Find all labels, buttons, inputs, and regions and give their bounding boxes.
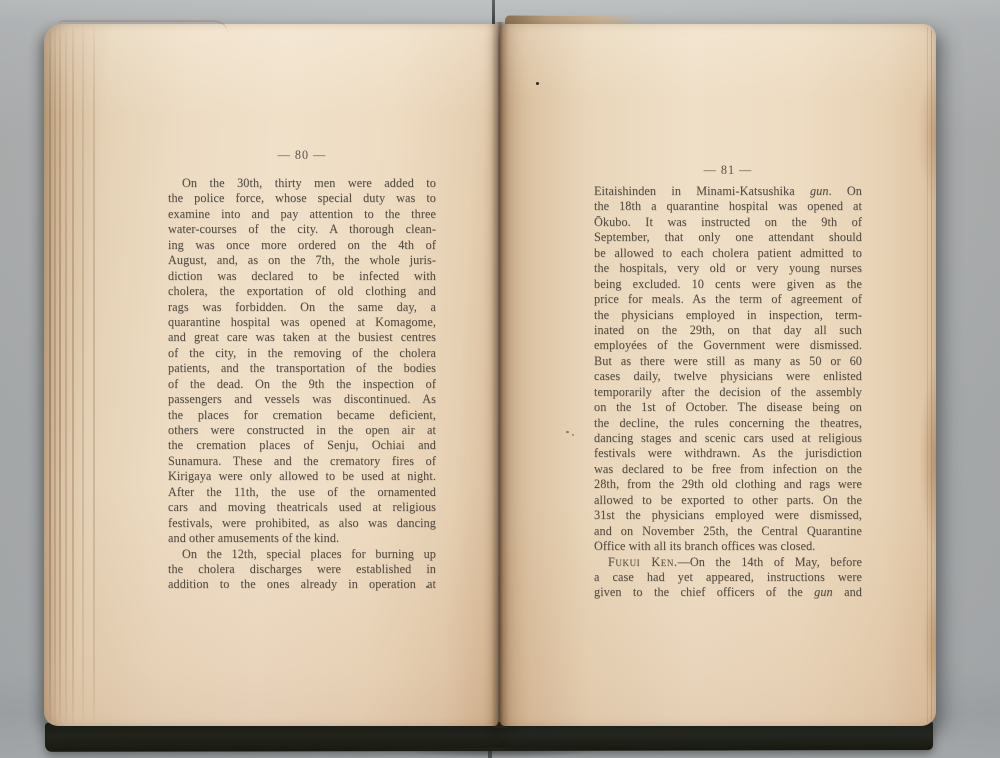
text-line: 31st the physicians employed were dismis… [594, 508, 862, 523]
page-edge-line [59, 26, 61, 724]
text-line: Ōkubo. It was instructed on the 9th of [594, 215, 862, 230]
text-line: dancing stages and scenic cars used at r… [594, 431, 862, 446]
text-line: being excluded. 10 cents were given as t… [594, 277, 862, 292]
text-line: be allowed to each cholera patient admit… [594, 246, 862, 261]
text-line: the police force, whose special duty was… [168, 191, 436, 206]
left-page-corner-crease [58, 20, 228, 34]
page-edge-line [93, 26, 95, 724]
text-line: water-courses of the city. A thorough cl… [168, 222, 436, 237]
text-line: the hospitals, very old or very young nu… [594, 261, 862, 276]
text-line: of the city, in the removing of the chol… [168, 346, 436, 361]
text-line: others were constructed in the open air … [168, 423, 436, 438]
text-line: examine into and pay attention to the th… [168, 207, 436, 222]
text-line: But as there were still as many as 50 or… [594, 354, 862, 369]
text-line: of the dead. On the 9th the inspection o… [168, 377, 436, 392]
page-edge-line [927, 27, 928, 723]
text-line: temporarily after the decision of the as… [594, 385, 862, 400]
ink-speck [566, 431, 569, 433]
text-line: cholera, the exportation of old clothing… [168, 284, 436, 299]
text-line: on the 1st of October. The disease being… [594, 400, 862, 415]
spine-floor-shadow [390, 748, 610, 758]
left-page-text: On the 30th, thirty men were added tothe… [168, 176, 436, 593]
ink-speck [572, 434, 574, 436]
text-line: Kirigaya were only allowed to be used at… [168, 469, 436, 484]
text-line: 28th, from the 29th old clothing and rag… [594, 477, 862, 492]
page-edge-line [72, 26, 74, 724]
text-line: diction was declared to be infected with [168, 269, 436, 284]
page-edge-line [49, 26, 51, 724]
text-line: On the 30th, thirty men were added to [168, 176, 436, 191]
text-line: was declared to be free from infection o… [594, 462, 862, 477]
text-line: given to the chief officers of the gun a… [594, 585, 862, 600]
text-line: inated on the 29th, on that day all such [594, 323, 862, 338]
text-line: festivals were withdrawn. As the jurisdi… [594, 446, 862, 461]
text-line: Eitaishinden in Minami-Katsushika gun. O… [594, 184, 862, 199]
text-line: quarantine hospital was opened at Komago… [168, 315, 436, 330]
text-line: cases daily, twelve physicians were enli… [594, 369, 862, 384]
left-page-stack-edges [46, 26, 104, 724]
spine-shadow [491, 22, 509, 728]
text-line: patients, and the transportation of the … [168, 361, 436, 376]
text-line: After the 11th, the use of the ornamente… [168, 485, 436, 500]
text-line: price for meals. As the term of agreemen… [594, 292, 862, 307]
text-line: the 18th a quarantine hospital was opene… [594, 199, 862, 214]
text-line: passengers and vessels was discontinued.… [168, 392, 436, 407]
text-line: Sunamura. These and the crematory fires … [168, 454, 436, 469]
text-line: September, that only one attendant shoul… [594, 230, 862, 245]
text-line: festivals, were prohibited, as also was … [168, 516, 436, 531]
text-line: addition to the ones already in operatio… [168, 577, 436, 592]
text-line: cars and moving theatricals used at reli… [168, 500, 436, 515]
right-fore-edge-lines [923, 27, 935, 723]
page-edge-line [65, 26, 67, 724]
text-line: and on November 25th, the Central Quaran… [594, 524, 862, 539]
text-line: Fukui Ken.—On the 14th of May, before [594, 555, 862, 570]
ink-speck [536, 82, 539, 85]
text-line: a case had yet appeared, instructions we… [594, 570, 862, 585]
text-line: rags was forbidden. On the same day, a [168, 300, 436, 315]
text-line: and other amusements of the kind. [168, 531, 436, 546]
text-line: the physicians employed in inspection, t… [594, 308, 862, 323]
text-line: Office with all its branch offices was c… [594, 539, 862, 554]
text-line: the cholera discharges were established … [168, 562, 436, 577]
page-edge-line [82, 26, 84, 724]
page-number-left: — 80 — [168, 148, 436, 163]
text-line: ing was once more ordered on the 4th of [168, 238, 436, 253]
text-line: the places for cremation became deficien… [168, 408, 436, 423]
text-line: On the 12th, special places for burning … [168, 547, 436, 562]
ink-speck [426, 586, 428, 588]
page-edge-line [931, 27, 932, 723]
text-line: August, and, as on the 7th, the whole ju… [168, 253, 436, 268]
text-line: and great care was taken at the busiest … [168, 330, 436, 345]
right-page-text: Eitaishinden in Minami-Katsushika gun. O… [594, 184, 862, 601]
text-line: employées of the Government were dismiss… [594, 338, 862, 353]
text-line: allowed to be exported to other parts. O… [594, 493, 862, 508]
text-line: the cremation places of Senju, Ochiai an… [168, 438, 436, 453]
text-line: the decline, the rules concerning the th… [594, 416, 862, 431]
page-edge-line [54, 26, 56, 724]
page-number-right: — 81 — [594, 163, 862, 178]
